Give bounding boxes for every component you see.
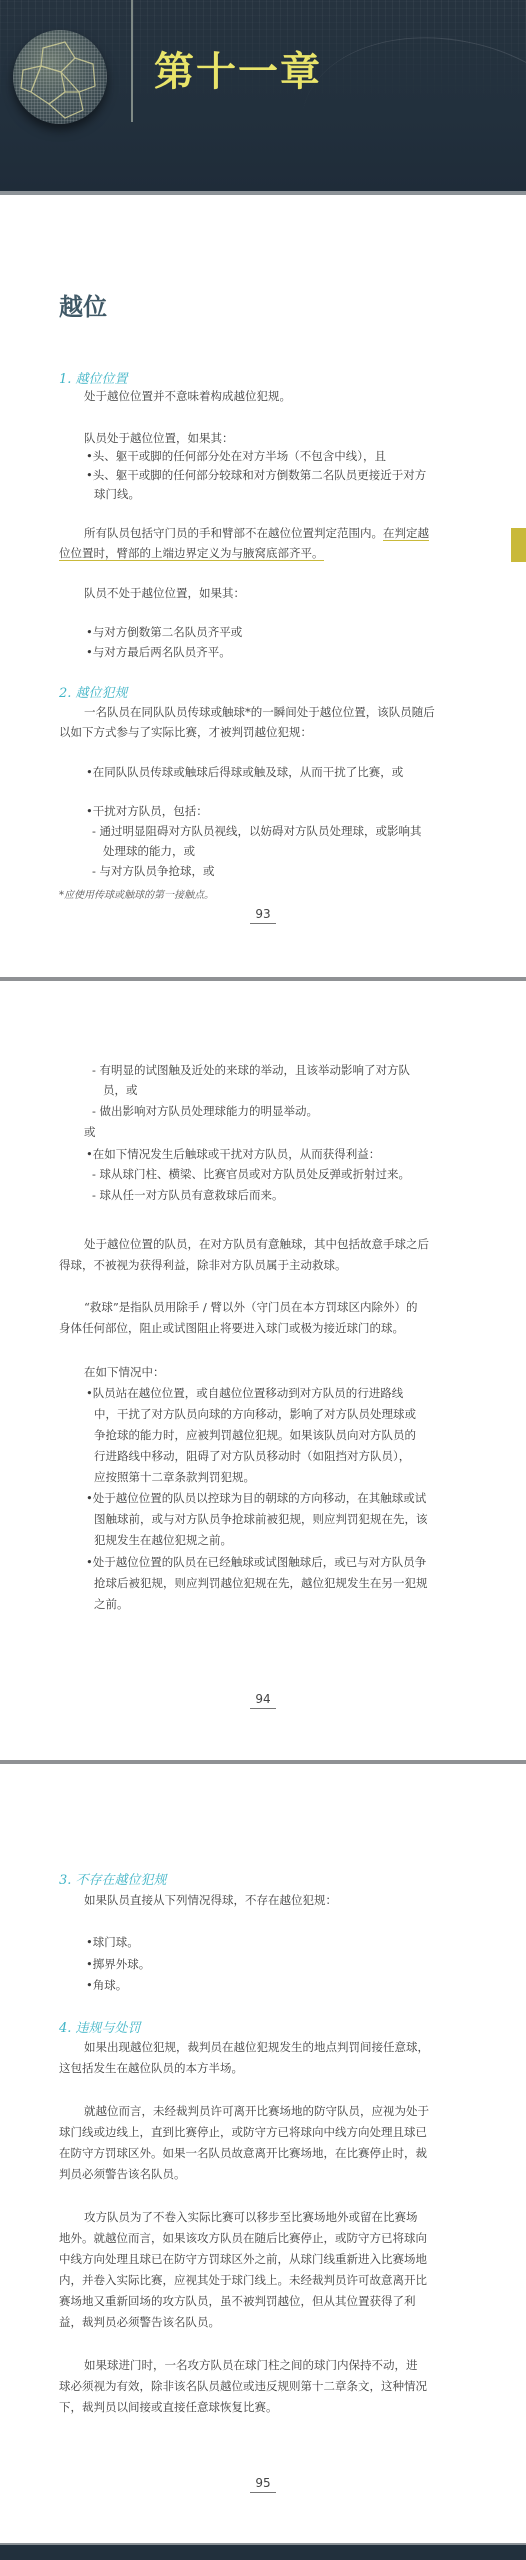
list-item: •在同队队员传球或触球后得球或触及球，从而干扰了比赛，或 <box>86 762 403 782</box>
header-bottom-border <box>0 191 526 195</box>
list-item: •处于越位位置的队员以控球为目的朝球的方向移动，在其触球或试 <box>86 1488 426 1508</box>
paragraph: 就越位而言，未经裁判员许可离开比赛场地的防守队员，应视为处于 <box>84 2101 429 2121</box>
chapter-header: 第十一章 <box>0 0 526 191</box>
sub-item: - 球从任一对方队员有意救球后而来。 <box>92 1185 284 1205</box>
paragraph: 球门线或边线上，直到比赛停止，或防守方已将球向中线方向处理且球已 <box>59 2122 427 2142</box>
sub-item-cont: 处理球的能力，或 <box>103 841 195 861</box>
highlighted-text: 位位置时，臂部的上端边界定义为与腋窝底部齐平。 <box>59 546 324 561</box>
soccer-ball-icon <box>13 30 107 124</box>
list-item: •头、躯干或脚的任何部分处在对方半场（不包含中线），且 <box>86 446 386 466</box>
paragraph: 得球，不被视为获得利益，除非对方队员属于主动救球。 <box>59 1255 347 1275</box>
list-item: •干扰对方队员，包括： <box>86 801 208 821</box>
section-heading-4: 4. 违规与处罚 <box>59 2017 141 2036</box>
footnote: *应使用传球或触球的第一接触点。 <box>59 886 214 901</box>
sub-item: - 球从球门柱、横梁、比赛官员或对方队员处反弹或折射过来。 <box>92 1164 410 1184</box>
footer-band <box>0 2545 526 2560</box>
list-item-cont: 图触球前，或与对方队员争抢球前被犯规，则应判罚犯规在先，该 <box>94 1509 428 1529</box>
list-item: •掷界外球。 <box>86 1954 150 1974</box>
connector-text: 或 <box>84 1122 96 1142</box>
ball-panels-icon <box>13 30 107 124</box>
paragraph: 地外。就越位而言，如果该攻方队员在随后比赛停止，或防守方已将球向 <box>59 2228 427 2248</box>
page-divider <box>0 1760 526 1764</box>
list-item-cont: 争抢球的能力时，应被判罚越位犯规。如果该队员向对方队员的 <box>94 1425 416 1445</box>
paragraph: 队员不处于越位位置，如果其： <box>84 583 245 603</box>
sub-item: - 有明显的试图触及近处的来球的举动，且该举动影响了对方队 <box>92 1060 410 1080</box>
paragraph: 以如下方式参与了实际比赛，才被判罚越位犯规： <box>59 722 312 742</box>
list-item-cont: 行进路线中移动，阻碍了对方队员移动时（如阻挡对方队员）， <box>94 1446 410 1466</box>
list-item: •与对方最后两名队员齐平。 <box>86 642 231 662</box>
sub-item: - 做出影响对方队员处理球能力的明显举动。 <box>92 1101 318 1121</box>
list-item-cont: 抢球后被犯规，则应判罚越位犯规在先，越位犯规发生在另一犯规 <box>94 1573 428 1593</box>
paragraph: 球必须视为有效，除非该名队员越位或违反规则第十二章条文，这种情况 <box>59 2376 427 2396</box>
paragraph: 益，裁判员必须警告该名队员。 <box>59 2312 220 2332</box>
sub-item-cont: 员，或 <box>103 1080 138 1100</box>
list-item: •队员站在越位位置，或自越位位置移动到对方队员的行进路线 <box>86 1383 403 1403</box>
list-item: •在如下情况发生后触球或干扰对方队员，从而获得利益： <box>86 1144 380 1164</box>
section-heading-2: 2. 越位犯规 <box>59 682 128 701</box>
list-item: •处于越位位置的队员在已经触球或试图触球后，或已与对方队员争 <box>86 1552 426 1572</box>
paragraph: 如果队员直接从下列情况得球，不存在越位犯规： <box>84 1890 337 1910</box>
section-heading-1: 1. 越位位置 <box>59 368 128 387</box>
paragraph: 赛场地又重新回场的攻方队员，虽不被判罚越位，但从其位置获得了利 <box>59 2291 416 2311</box>
list-item-cont: 之前。 <box>94 1594 129 1614</box>
list-item-cont: 应按照第十二章条款判罚犯规。 <box>94 1467 255 1487</box>
paragraph-armpit-rule: 所有队员包括守门员的手和臂部不在越位位置判定范围内。在判定越 <box>84 523 429 543</box>
paragraph: 下，裁判员以间接或直接任意球恢复比赛。 <box>59 2397 278 2417</box>
paragraph: 队员处于越位位置，如果其： <box>84 428 234 448</box>
list-item: •角球。 <box>86 1975 127 1995</box>
paragraph: “救球”是指队员用除手 / 臂以外（守门员在本方罚球区内除外）的 <box>84 1297 417 1317</box>
highlighted-text: 在判定越 <box>383 526 429 541</box>
list-item-cont: 犯规发生在越位犯规之前。 <box>94 1530 232 1550</box>
sub-item: - 通过明显阻碍对方队员视线，以妨碍对方队员处理球，或影响其 <box>92 821 422 841</box>
side-marker <box>511 528 526 562</box>
list-item: •与对方倒数第二名队员齐平或 <box>86 622 242 642</box>
paragraph: 如果出现越位犯规，裁判员在越位犯规发生的地点判罚间接任意球， <box>84 2037 429 2057</box>
paragraph: 处于越位位置并不意味着构成越位犯规。 <box>84 386 291 406</box>
chapter-title: 第十一章 <box>154 40 322 97</box>
paragraph: 如果球进门时，一名攻方队员在球门柱之间的球门内保持不动，进 <box>84 2355 418 2375</box>
section-heading-3: 3. 不存在越位犯规 <box>59 1869 167 1888</box>
paragraph: 这包括发生在越位队员的本方半场。 <box>59 2058 243 2078</box>
paragraph: 内，并卷入实际比赛，应视其处于球门线上。未经裁判员许可故意离开比 <box>59 2270 427 2290</box>
text-plain: 所有队员包括守门员的手和臂部不在越位位置判定范围内。 <box>84 526 383 540</box>
list-item: •头、躯干或脚的任何部分较球和对方倒数第二名队员更接近于对方 <box>86 465 426 485</box>
page-number: 94 <box>250 1692 276 1709</box>
paragraph: 一名队员在同队队员传球或触球*的一瞬间处于越位位置，该队员随后 <box>84 702 435 722</box>
paragraph: 处于越位位置的队员，在对方队员有意触球，其中包括故意手球之后 <box>84 1234 429 1254</box>
list-item: •球门球。 <box>86 1932 139 1952</box>
paragraph: 攻方队员为了不卷入实际比赛可以移步至比赛场地外或留在比赛场 <box>84 2207 418 2227</box>
paragraph: 判员必须警告该名队员。 <box>59 2164 186 2184</box>
paragraph: 身体任何部位，阻止或试图阻止将要进入球门或极为接近球门的球。 <box>59 1318 404 1338</box>
page-title: 越位 <box>59 287 107 322</box>
page-divider <box>0 977 526 981</box>
paragraph: 在防守方罚球区外。如果一名队员故意离开比赛场地，在比赛停止时，裁 <box>59 2143 427 2163</box>
list-item-cont: 中，干扰了对方队员向球的方向移动，影响了对方队员处理球或 <box>94 1404 416 1424</box>
page-number: 95 <box>250 2476 276 2493</box>
paragraph: 在如下情况中： <box>84 1362 165 1382</box>
sub-item: - 与对方队员争抢球，或 <box>92 861 215 881</box>
paragraph-armpit-rule-line2: 位位置时，臂部的上端边界定义为与腋窝底部齐平。 <box>59 543 324 563</box>
list-item-cont: 球门线。 <box>94 484 140 504</box>
paragraph: 中线方向处理且球已在防守方罚球区外之前，从球门线重新进入比赛场地 <box>59 2249 427 2269</box>
page-number: 93 <box>250 907 276 924</box>
header-divider <box>131 0 133 122</box>
